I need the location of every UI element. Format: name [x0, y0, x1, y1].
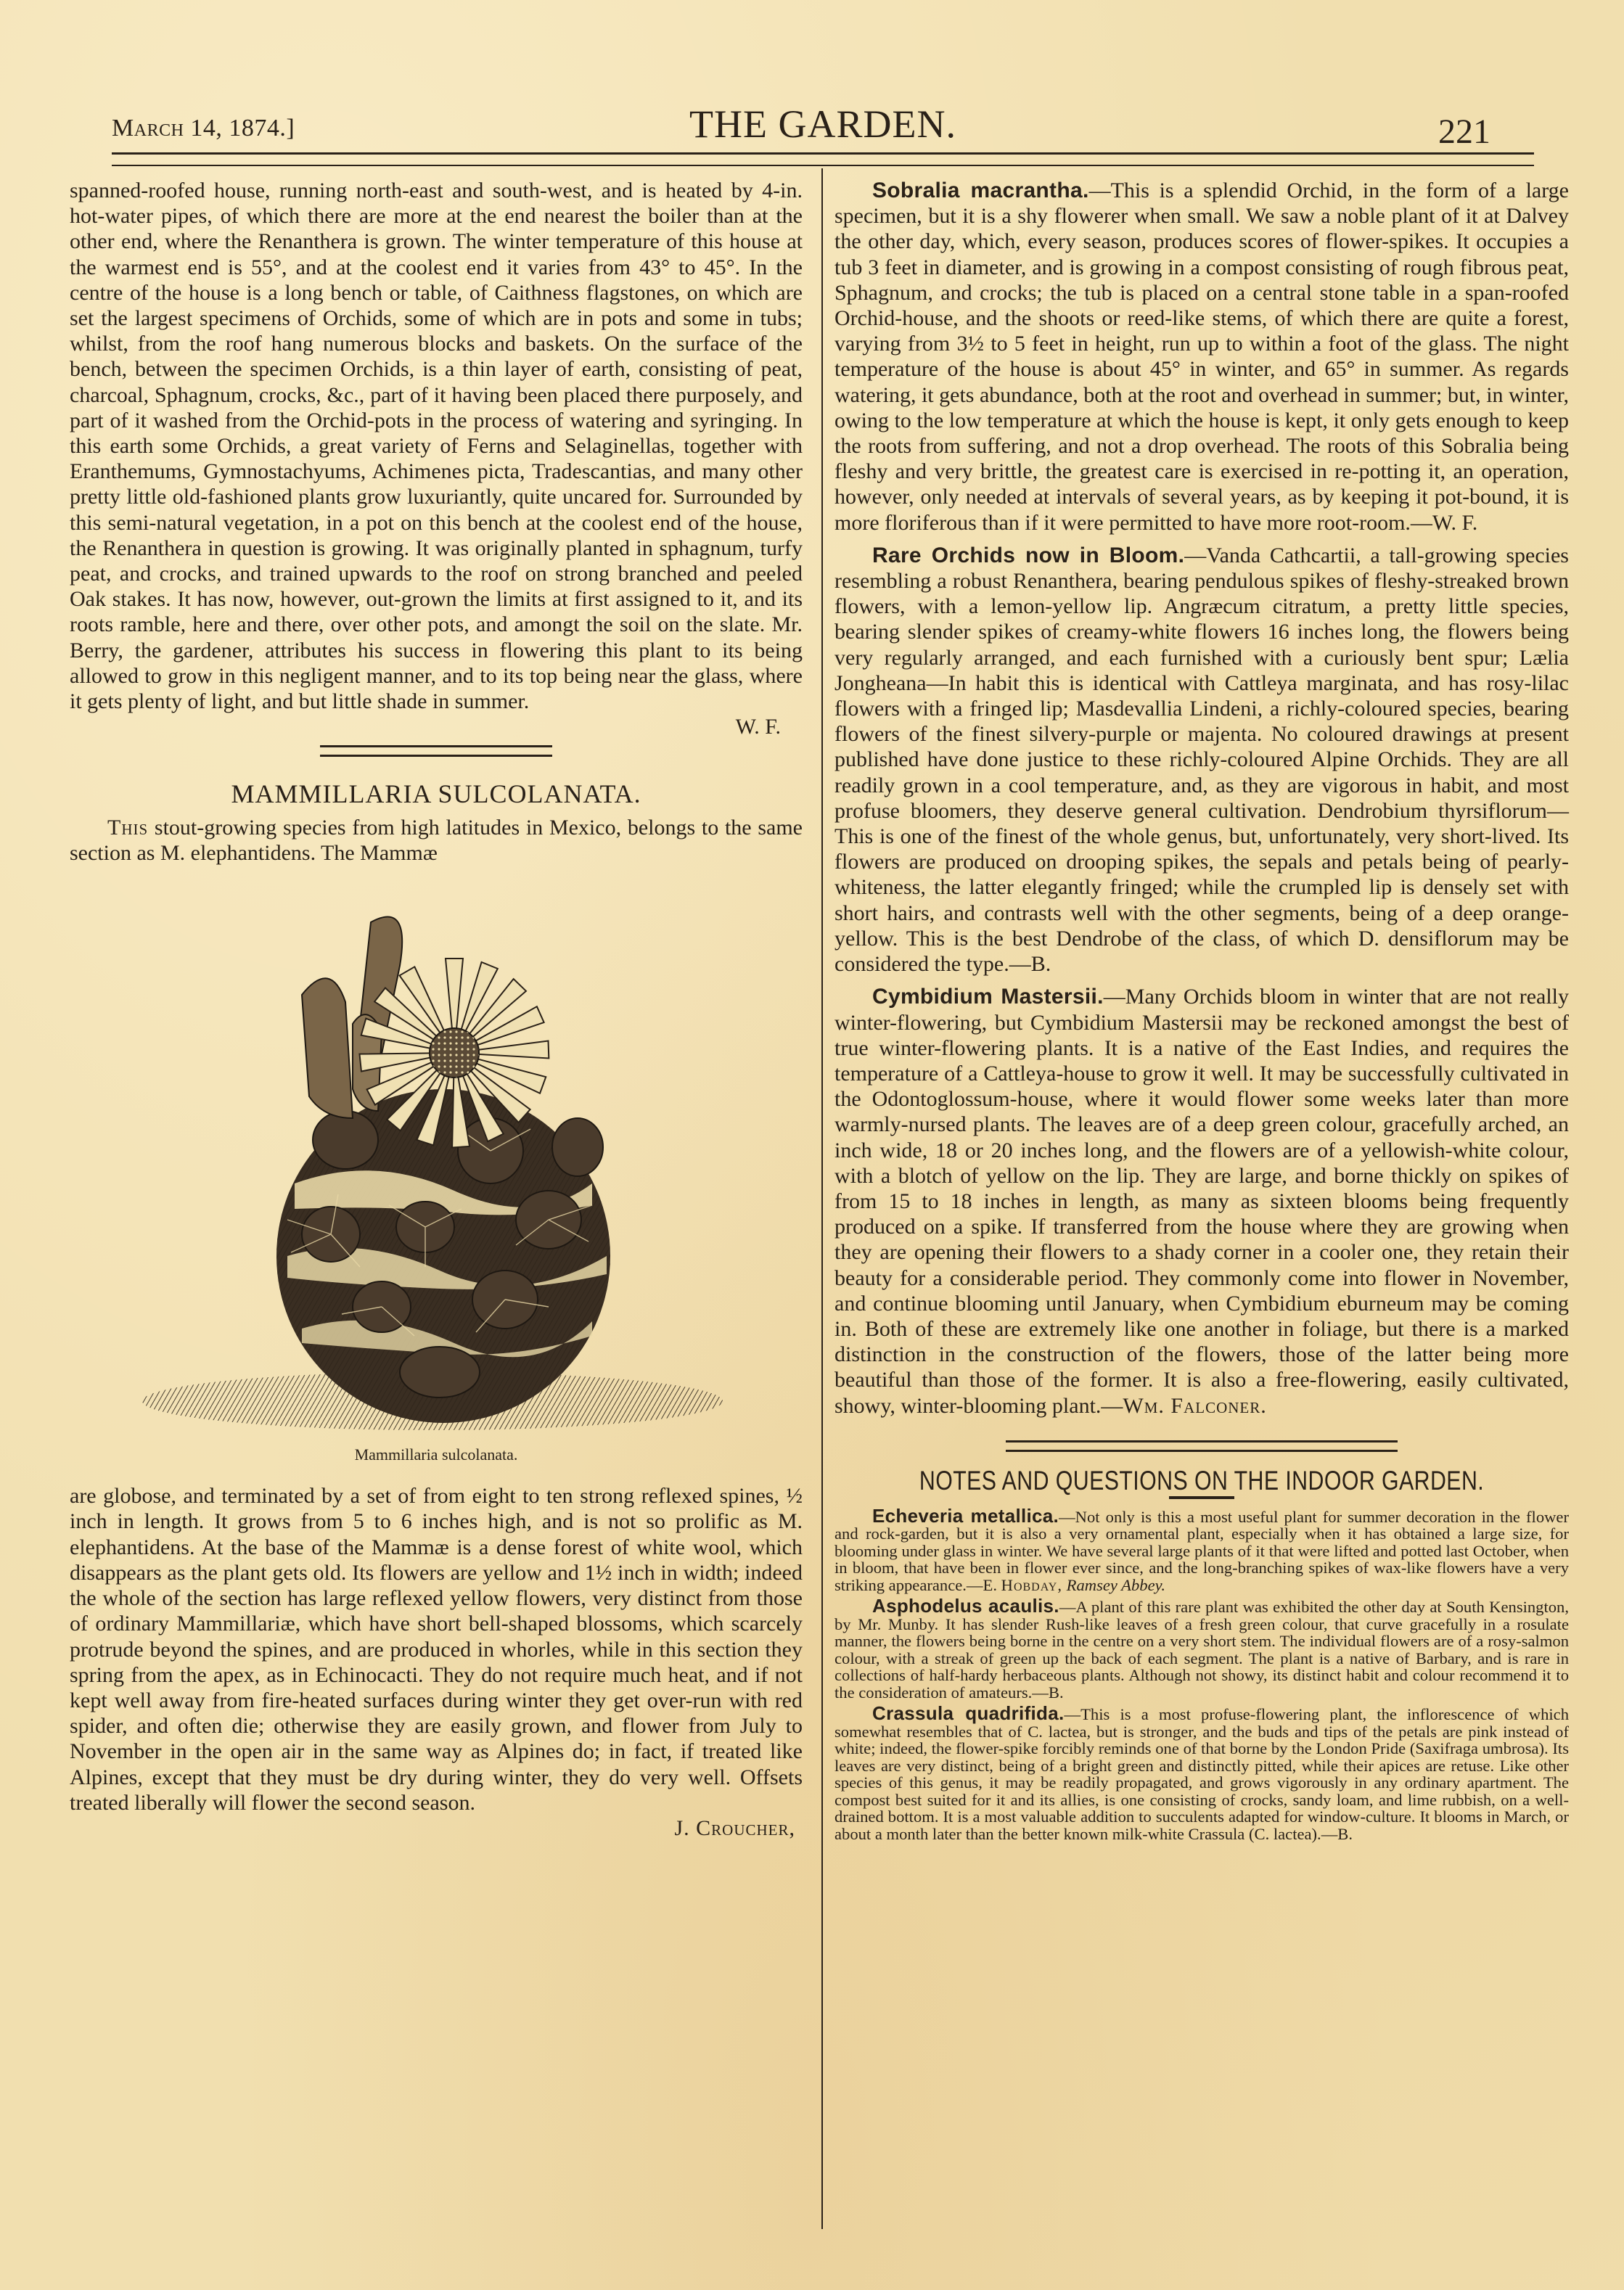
intro-text: stout-growing species from high latitude… [70, 816, 803, 865]
note-lead: Echeveria metallica. [872, 1505, 1059, 1527]
mammillaria-engraving-icon [113, 879, 752, 1437]
section-separator [320, 745, 552, 757]
item-sobralia: Sobralia macrantha.—This is a splendid O… [834, 178, 1569, 535]
article-signature: J. Croucher, [70, 1815, 803, 1841]
note-text: —This is a most profuse-flowering plant,… [834, 1705, 1569, 1843]
publication-title: THE GARDEN. [112, 102, 1534, 147]
article-body: are globose, and terminated by a set of … [70, 1483, 803, 1815]
notes-list: Echeveria metallica.—Not only is this a … [834, 1508, 1569, 1843]
newspaper-page: March 14, 1874.] THE GARDEN. 221 spanned… [0, 0, 1624, 2290]
item-lead: Rare Orchids now in Bloom. [872, 543, 1184, 567]
section-separator [1006, 1440, 1398, 1452]
intro-small-caps: This [107, 816, 148, 840]
note-lead: Crassula quadrifida. [872, 1702, 1065, 1724]
item-signature: Wm. Falconer. [1123, 1394, 1266, 1418]
note-echeveria: Echeveria metallica.—Not only is this a … [834, 1508, 1569, 1594]
page-number: 221 [1438, 112, 1490, 152]
notes-section-heading: NOTES AND QUESTIONS ON THE INDOOR GARDEN… [901, 1468, 1503, 1493]
item-text: —This is a splendid Orchid, in the form … [834, 178, 1569, 535]
header-double-rule [112, 152, 1534, 166]
note-crassula: Crassula quadrifida.—This is a most prof… [834, 1705, 1569, 1842]
article-heading-mammillaria: MAMMILLARIA SULCOLANATA. [70, 781, 803, 807]
left-column: spanned-roofed house, running north-east… [70, 178, 803, 1841]
cactus-illustration [70, 879, 803, 1437]
column-divider [821, 168, 823, 2229]
item-text: —Many Orchids bloom in winter that are n… [834, 985, 1569, 1417]
page-header: March 14, 1874.] THE GARDEN. 221 [112, 102, 1534, 145]
item-text: —Vanda Cathcartii, a tall-growing specie… [834, 543, 1569, 976]
article-intro: This stout-growing species from high lat… [70, 815, 803, 866]
heading-underline [1169, 1496, 1234, 1499]
note-asphodelus: Asphodelus acaulis.—A plant of this rare… [834, 1598, 1569, 1701]
right-column: Sobralia macrantha.—This is a splendid O… [834, 178, 1569, 1847]
note-lead: Asphodelus acaulis. [872, 1595, 1059, 1617]
figure-caption: Mammillaria sulcolanata. [70, 1442, 803, 1467]
item-rare-orchids: Rare Orchids now in Bloom.—Vanda Cathcar… [834, 543, 1569, 977]
item-lead: Sobralia macrantha. [872, 178, 1089, 202]
renanthera-continuation-text: spanned-roofed house, running north-east… [70, 178, 803, 714]
item-cymbidium: Cymbidium Mastersii.—Many Orchids bloom … [834, 984, 1569, 1418]
note-signature-place: Ramsey Abbey. [1062, 1576, 1165, 1594]
note-signature: Hobday, [1001, 1576, 1062, 1594]
item-lead: Cymbidium Mastersii. [872, 985, 1104, 1009]
continuation-signature: W. F. [70, 714, 803, 739]
